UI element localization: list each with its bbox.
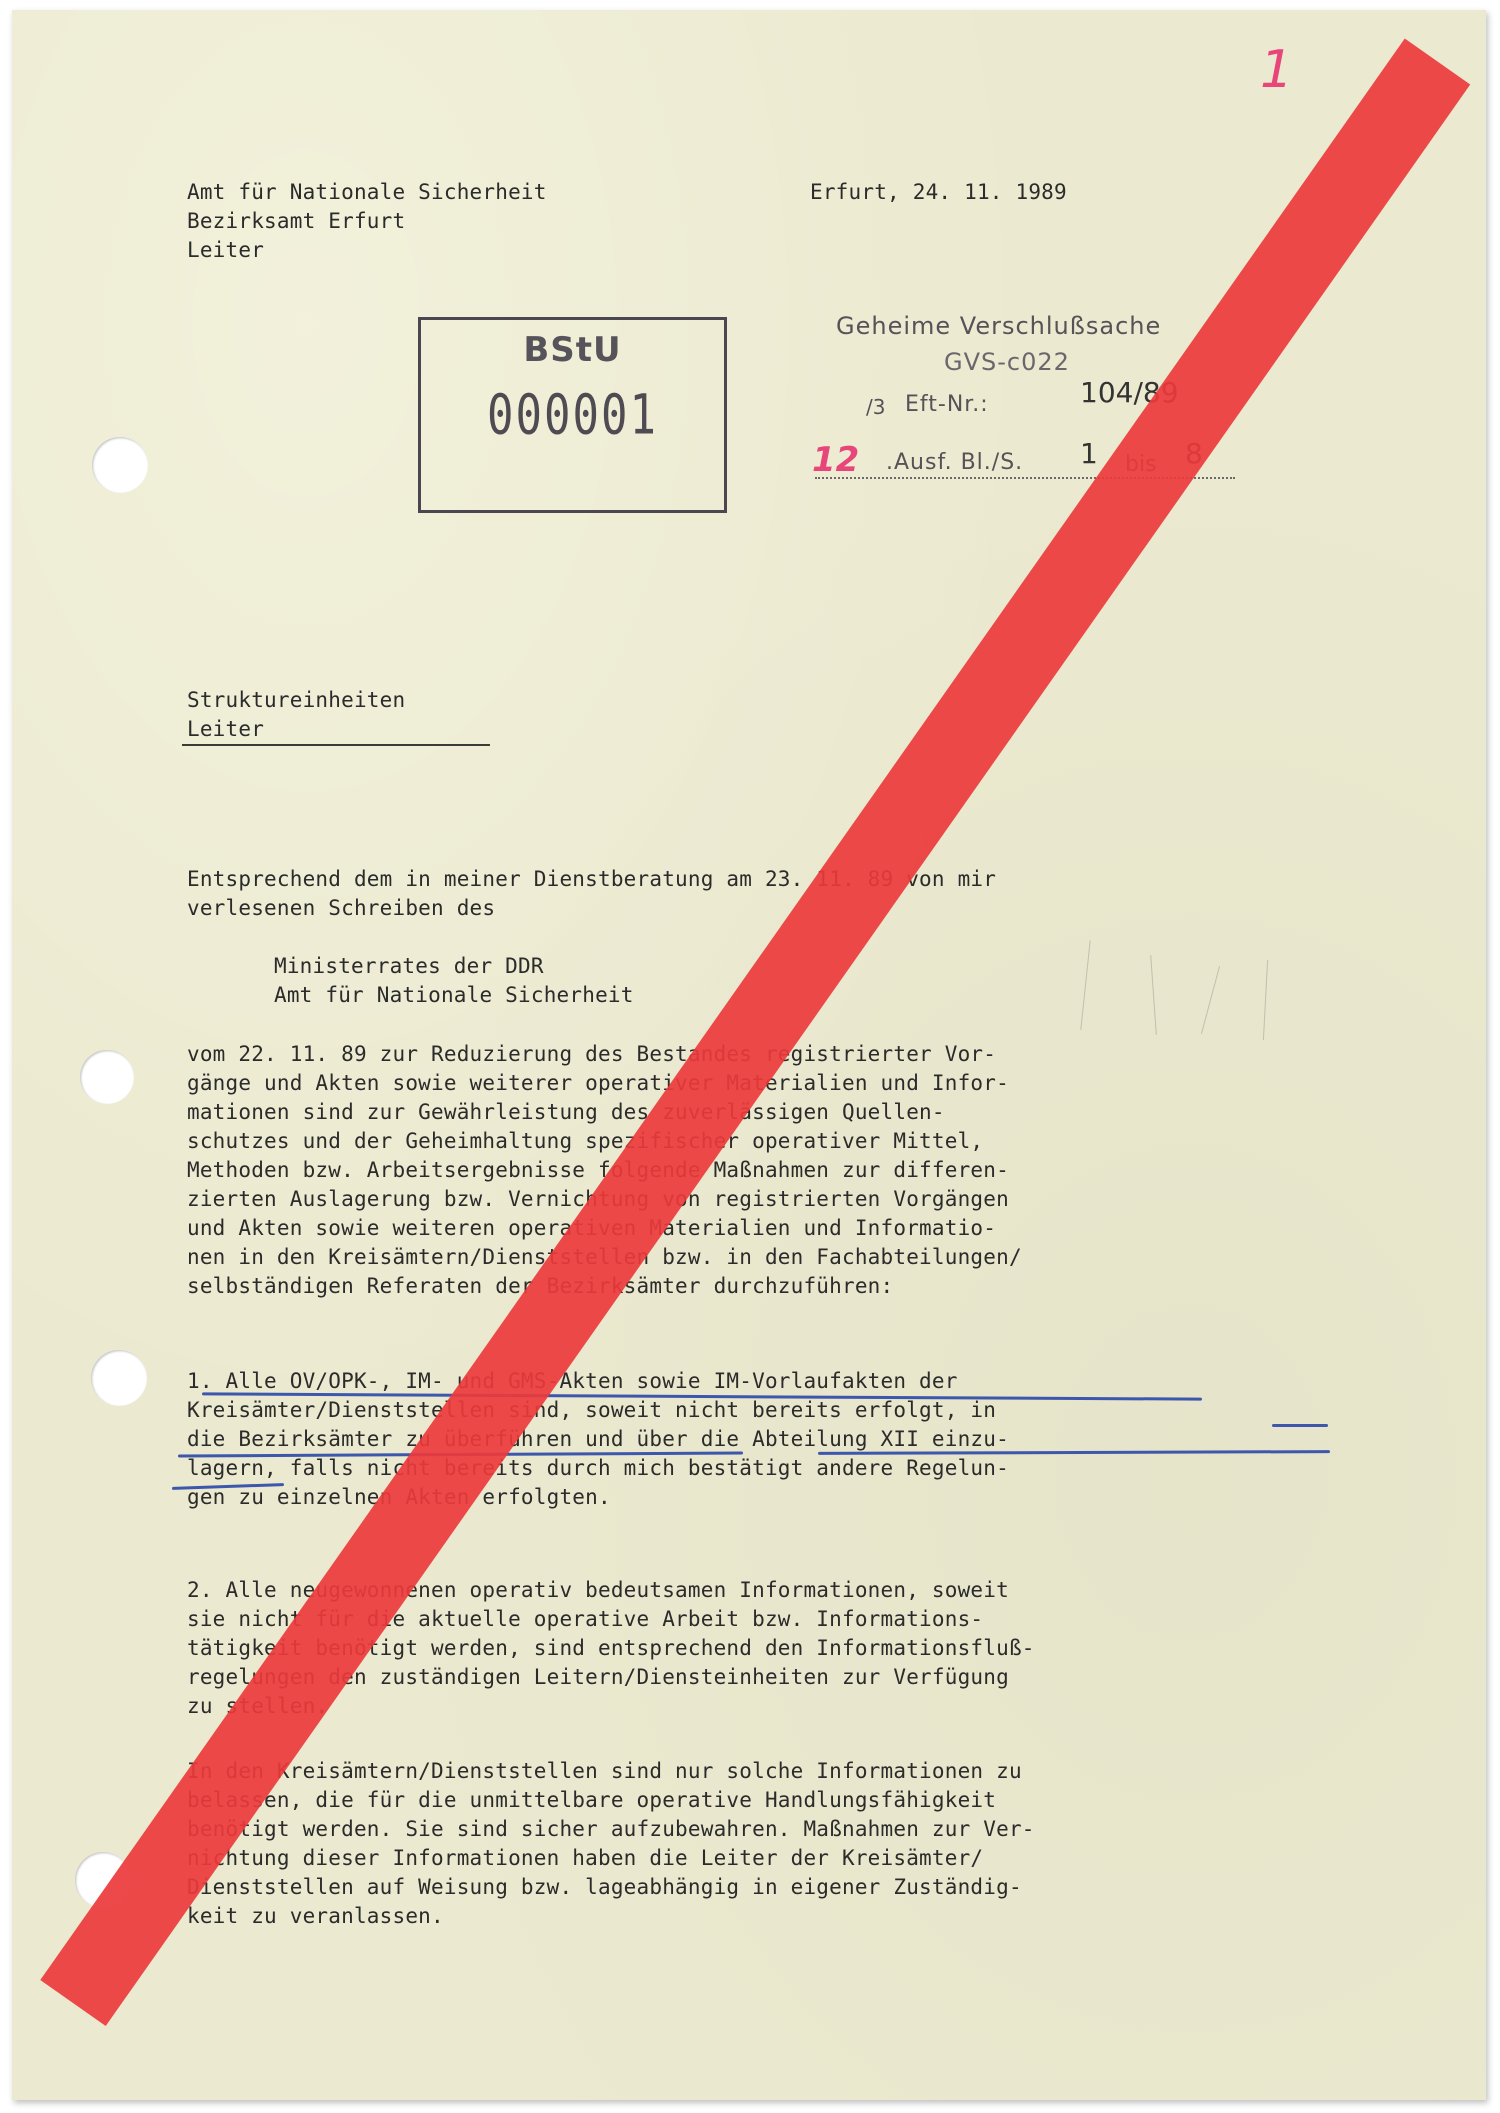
closing-line: Dienststellen auf Weisung bzw. lageabhän…: [187, 1873, 1022, 1902]
closing-line: In den Kreisämtern/Dienststellen sind nu…: [187, 1757, 1022, 1786]
point1-line: Kreisämter/Dienststellen sind, soweit ni…: [187, 1396, 996, 1425]
main-paragraph-line: vom 22. 11. 89 zur Reduzierung des Besta…: [187, 1040, 996, 1069]
classification-title: Geheime Verschlußsache: [836, 312, 1161, 340]
sender-line-3: Leiter: [187, 236, 264, 265]
punch-hole: [91, 1350, 147, 1406]
main-paragraph-line: mationen sind zur Gewährleistung des zuv…: [187, 1098, 945, 1127]
closing-line: nichtung dieser Informationen haben die …: [187, 1844, 983, 1873]
page-from: 1: [1080, 437, 1098, 470]
point1-line: die Bezirksämter zu überführen und über …: [187, 1425, 1009, 1454]
recipient-line-1: Struktureinheiten: [187, 686, 405, 715]
punch-hole: [80, 1050, 134, 1104]
point1-line: lagern, falls nicht bereits durch mich b…: [187, 1454, 1009, 1483]
archive-number: 000001: [421, 384, 724, 448]
handwritten-page-number: 1: [1260, 40, 1293, 100]
handwritten-copy-number: 12: [812, 440, 859, 480]
intro-line-2: verlesenen Schreiben des: [187, 894, 495, 923]
source-line-2: Amt für Nationale Sicherheit: [274, 981, 634, 1010]
source-line-1: Ministerrates der DDR: [274, 952, 544, 981]
sender-line-1: Amt für Nationale Sicherheit: [187, 178, 547, 207]
main-paragraph-line: gänge und Akten sowie weiterer operative…: [187, 1069, 1009, 1098]
main-paragraph-line: Methoden bzw. Arbeitsergebnisse folgende…: [187, 1156, 1009, 1185]
main-paragraph-line: schutzes und der Geheimhaltung spezifisc…: [187, 1127, 983, 1156]
eft-label: Eft-Nr.:: [905, 392, 989, 417]
recipient-line-2: Leiter: [187, 715, 264, 744]
punch-hole: [92, 437, 148, 493]
eft-prefix: /3: [866, 395, 885, 419]
place-date: Erfurt, 24. 11. 1989: [810, 178, 1067, 207]
ausf-label: .Ausf. Bl./S.: [886, 450, 1023, 475]
closing-line: benötigt werden. Sie sind sicher aufzube…: [187, 1815, 1035, 1844]
pen-underline: [1272, 1424, 1328, 1427]
recipient-underline: [182, 744, 490, 746]
point1-line: 1. Alle OV/OPK-, IM- und GMS-Akten sowie…: [187, 1367, 958, 1396]
closing-line: belassen, die für die unmittelbare opera…: [187, 1786, 996, 1815]
bstu-label: BStU: [421, 330, 724, 370]
closing-line: keit zu veranlassen.: [187, 1902, 444, 1931]
gvs-code: GVS-c022: [944, 348, 1070, 376]
bstu-archive-stamp: BStU 000001: [418, 317, 727, 513]
sender-line-2: Bezirksamt Erfurt: [187, 207, 405, 236]
